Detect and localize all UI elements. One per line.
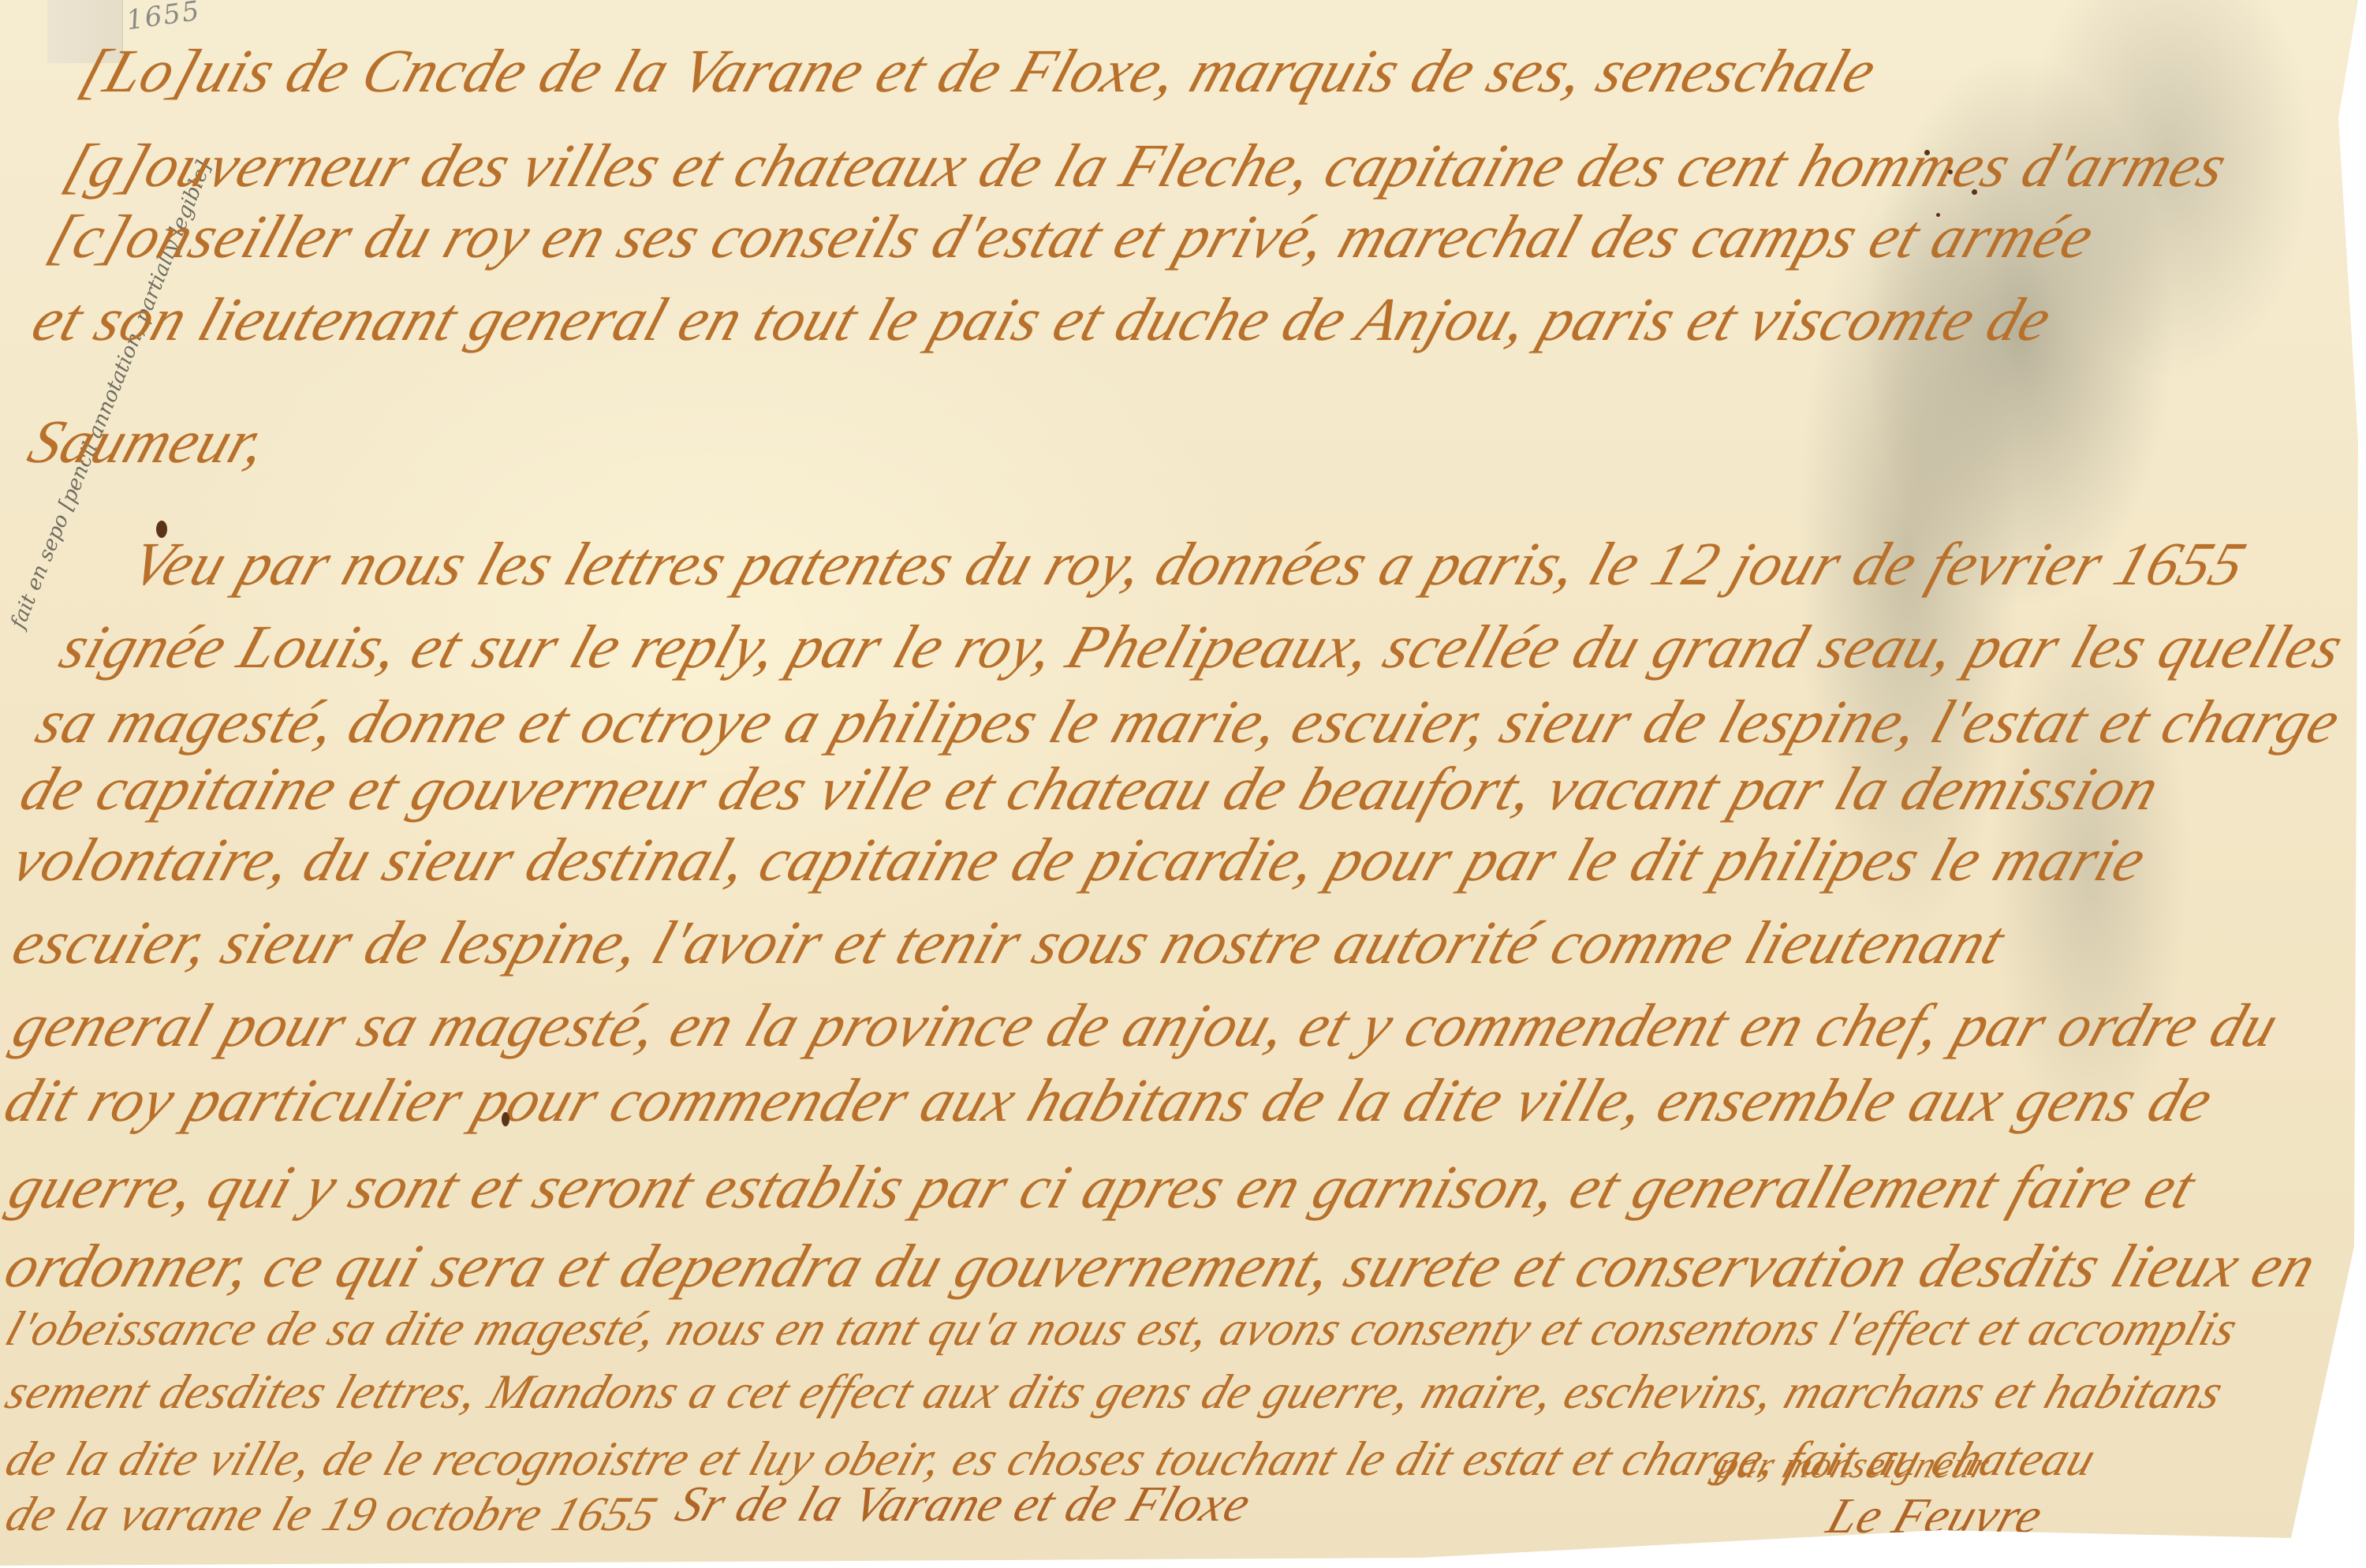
text-line: [Lo]uis de Cncde de la Varane et de Flox… — [71, 35, 1886, 106]
text-line: ordonner, ce qui sera et dependra du gou… — [0, 1230, 2326, 1301]
text-line: Veu par nous les lettres patentes du roy… — [122, 528, 2255, 599]
ink-blot — [502, 1112, 509, 1126]
text-line: dit roy particulier pour commender aux h… — [0, 1065, 2222, 1136]
text-line: [c]onseiller du roy en ses conseils d'es… — [39, 201, 2103, 272]
signature: Sr de la Varane et de Floxe — [669, 1475, 1259, 1533]
ink-speck — [1948, 170, 1953, 174]
text-line: l'obeissance de sa dite magesté, nous en… — [0, 1301, 2245, 1357]
text-line: Saumeur, — [20, 406, 276, 477]
text-line: escuier, sieur de lespine, l'avoir et te… — [4, 907, 2013, 978]
ink-speck — [1924, 150, 1930, 155]
text-line: sa magesté, donne et octroye a philipes … — [28, 686, 2349, 757]
manuscript-page: 1655 fait en sepo [pencil annotation, pa… — [0, 0, 2366, 1568]
ink-speck — [1936, 213, 1940, 217]
manuscript-body: [Lo]uis de Cncde de la Varane et de Flox… — [0, 0, 2366, 1568]
text-line: [g]ouverneur des villes et chateaux de l… — [55, 130, 2236, 201]
text-line: et son lieutenant general en tout le pai… — [24, 284, 2061, 355]
text-line: signée Louis, et sur le reply, par le ro… — [51, 611, 2352, 682]
text-line: general pour sa magesté, en la province … — [4, 990, 2287, 1061]
text-line: sement desdites lettres, Mandons a cet e… — [0, 1365, 2230, 1421]
text-line: de capitaine et gouverneur des ville et … — [12, 753, 2168, 824]
ink-speck — [1972, 189, 1977, 195]
countersign-name: Le Feuvre — [1820, 1487, 2051, 1545]
ink-blot — [156, 521, 167, 538]
date-line: de la varane le 19 octobre 1655 — [0, 1487, 664, 1543]
countersign-prefix: par monseigneur — [1712, 1443, 1996, 1487]
text-line: guerre, qui y sont et seront establis pa… — [0, 1152, 2204, 1223]
text-line: volontaire, du sieur destinal, capitaine… — [4, 824, 2155, 895]
